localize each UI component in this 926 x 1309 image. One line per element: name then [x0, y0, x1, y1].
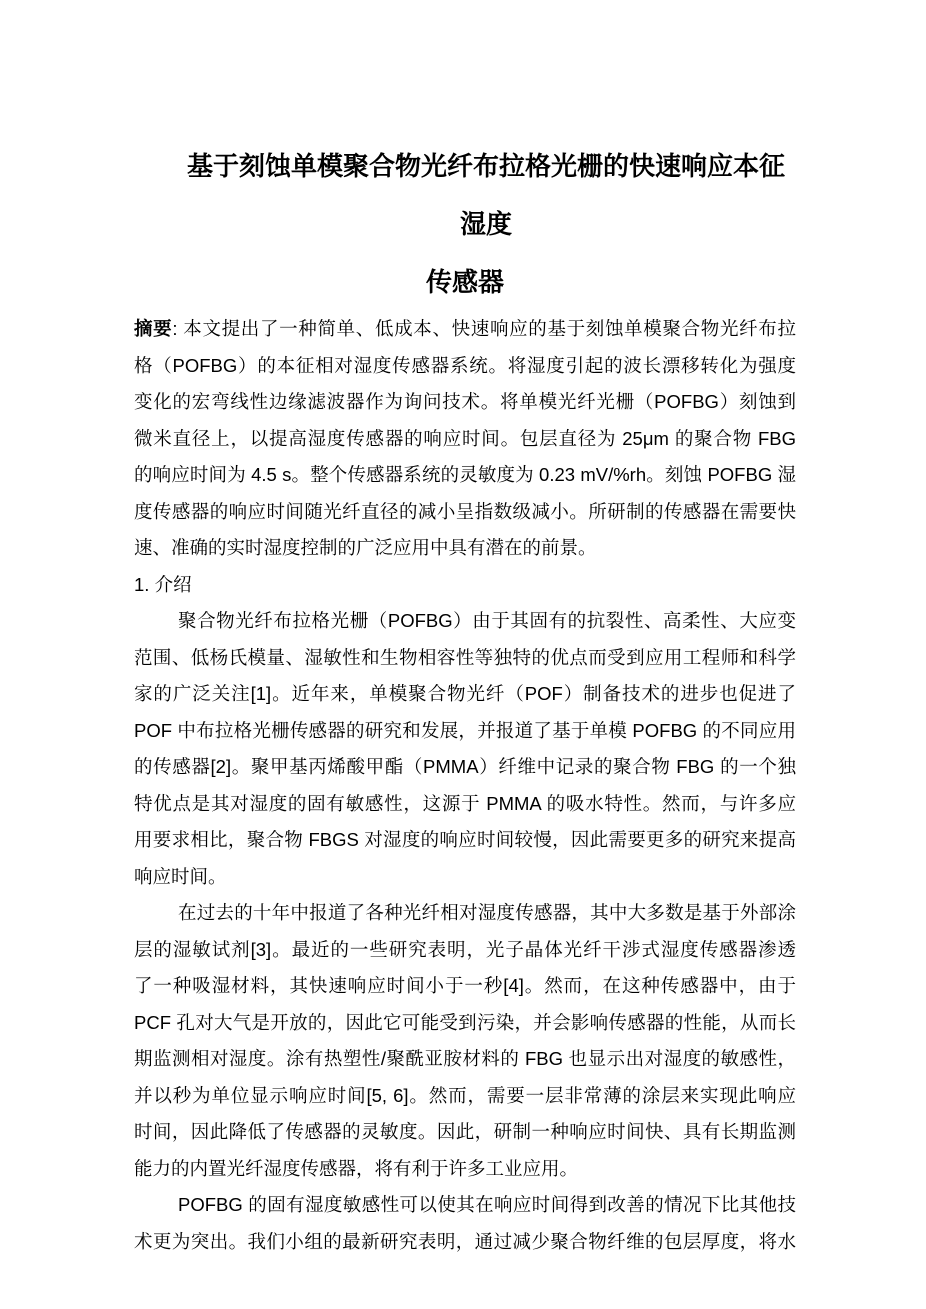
intro-paragraph-1-line: 范围、低杨氏模量、湿敏性和生物相容性等独特的优点而受到应用工程师和科学 — [134, 640, 796, 677]
intro-paragraph-1-line: 用要求相比，聚合物 FBGS 对湿度的响应时间较慢，因此需要更多的研究来提高 — [134, 822, 796, 859]
intro-paragraph-2-line: 了一种吸湿材料，其快速响应时间小于一秒[4]。然而，在这种传感器中，由于 — [134, 968, 796, 1005]
intro-paragraph-3-line: 术更为突出。我们小组的最新研究表明，通过减少聚合物纤维的包层厚度，将水 — [134, 1224, 796, 1261]
intro-paragraph-2-line: 时间，因此降低了传感器的灵敏度。因此，研制一种响应时间快、具有长期监测 — [134, 1114, 796, 1151]
section-1-heading: 1. 介绍 — [134, 567, 796, 604]
document-body: 摘要: 本文提出了一种简单、低成本、快速响应的基于刻蚀单模聚合物光纤布拉格（PO… — [134, 311, 796, 1260]
paper-title-line-2: 传感器 — [134, 253, 796, 311]
paper-title: 基于刻蚀单模聚合物光纤布拉格光栅的快速响应本征湿度 传感器 — [134, 137, 796, 311]
intro-paragraph-3-line: POFBG 的固有湿度敏感性可以使其在响应时间得到改善的情况下比其他技 — [134, 1187, 796, 1224]
intro-paragraph-1-line: 聚合物光纤布拉格光栅（POFBG）由于其固有的抗裂性、高柔性、大应变 — [134, 603, 796, 640]
abstract-line: 摘要: 本文提出了一种简单、低成本、快速响应的基于刻蚀单模聚合物光纤布拉 — [134, 311, 796, 348]
intro-paragraph-2-line: 层的湿敏试剂[3]。最近的一些研究表明，光子晶体光纤干涉式湿度传感器渗透 — [134, 932, 796, 969]
intro-paragraph-2-line: 能力的内置光纤湿度传感器，将有利于许多工业应用。 — [134, 1151, 796, 1188]
abstract-label: 摘要 — [134, 318, 172, 339]
paper-title-line-1: 基于刻蚀单模聚合物光纤布拉格光栅的快速响应本征湿度 — [176, 137, 796, 253]
abstract-line: 格（POFBG）的本征相对湿度传感器系统。将湿度引起的波长漂移转化为强度 — [134, 348, 796, 385]
page-content: 基于刻蚀单模聚合物光纤布拉格光栅的快速响应本征湿度 传感器 摘要: 本文提出了一… — [134, 137, 796, 1260]
intro-paragraph-1-line: 的传感器[2]。聚甲基丙烯酸甲酯（PMMA）纤维中记录的聚合物 FBG 的一个独 — [134, 749, 796, 786]
intro-paragraph-1-line: 响应时间。 — [134, 859, 796, 896]
abstract-line: 微米直径上，以提高湿度传感器的响应时间。包层直径为 25μm 的聚合物 FBG — [134, 421, 796, 458]
intro-paragraph-2-line: PCF 孔对大气是开放的，因此它可能受到污染，并会影响传感器的性能，从而长 — [134, 1005, 796, 1042]
intro-paragraph-2-line: 期监测相对湿度。涂有热塑性/聚酰亚胺材料的 FBG 也显示出对湿度的敏感性， — [134, 1041, 796, 1078]
intro-paragraph-2-line: 在过去的十年中报道了各种光纤相对湿度传感器，其中大多数是基于外部涂 — [134, 895, 796, 932]
document-page: 基于刻蚀单模聚合物光纤布拉格光栅的快速响应本征湿度 传感器 摘要: 本文提出了一… — [0, 0, 926, 1309]
intro-paragraph-1-line: 特优点是其对湿度的固有敏感性，这源于 PMMA 的吸水特性。然而，与许多应 — [134, 786, 796, 823]
abstract-line: 速、准确的实时湿度控制的广泛应用中具有潜在的前景。 — [134, 530, 796, 567]
intro-paragraph-1-line: 家的广泛关注[1]。近年来，单模聚合物光纤（POF）制备技术的进步也促进了 — [134, 676, 796, 713]
intro-paragraph-2-line: 并以秒为单位显示响应时间[5, 6]。然而，需要一层非常薄的涂层来实现此响应 — [134, 1078, 796, 1115]
abstract-line: 度传感器的响应时间随光纤直径的减小呈指数级减小。所研制的传感器在需要快 — [134, 494, 796, 531]
abstract-line: 变化的宏弯线性边缘滤波器作为询问技术。将单模光纤光栅（POFBG）刻蚀到 — [134, 384, 796, 421]
intro-paragraph-1-line: POF 中布拉格光栅传感器的研究和发展，并报道了基于单模 POFBG 的不同应用 — [134, 713, 796, 750]
abstract-line: 的响应时间为 4.5 s。整个传感器系统的灵敏度为 0.23 mV/%rh。刻蚀… — [134, 457, 796, 494]
